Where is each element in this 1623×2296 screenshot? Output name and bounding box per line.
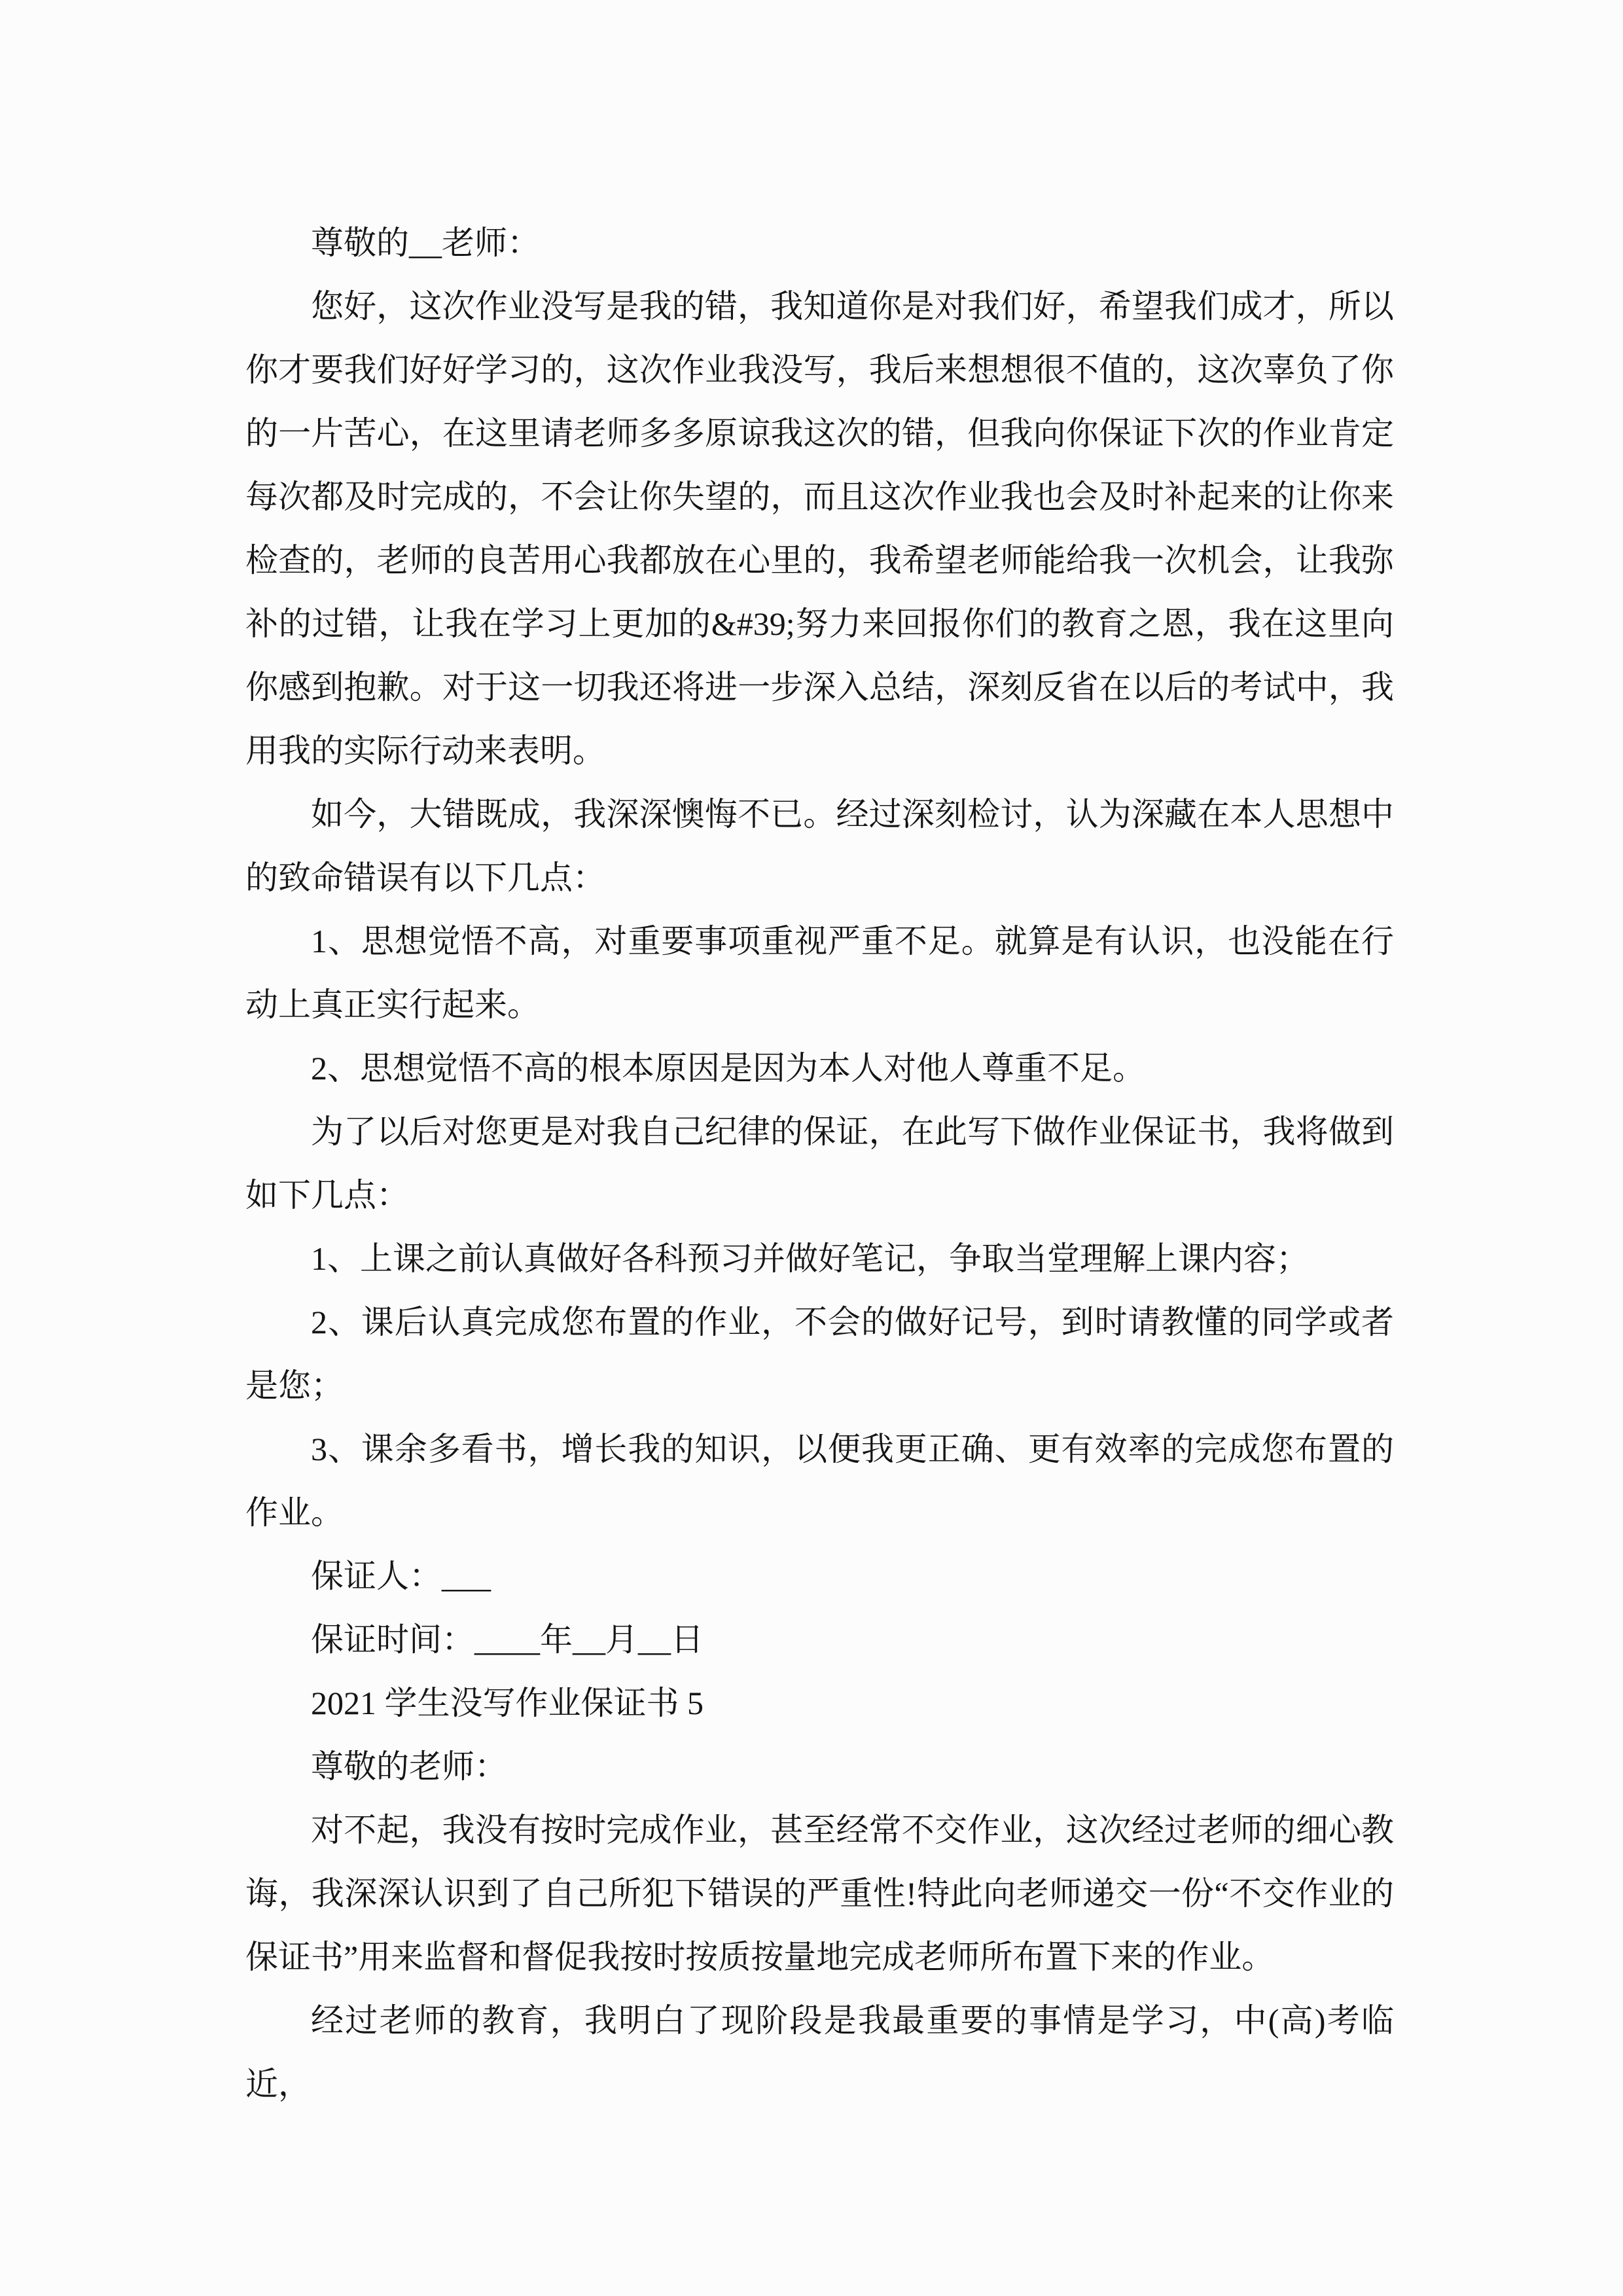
salutation-line: 尊敬的__老师： — [245, 211, 1394, 275]
signature-name-line: 保证人：___ — [245, 1545, 1394, 1608]
signature-date-line: 保证时间：____年__月__日 — [245, 1608, 1394, 1672]
body-paragraph-apology: 您好，这次作业没写是我的错，我知道你是对我们好，希望我们成才，所以你才要我们好好… — [245, 275, 1394, 783]
document-page: 尊敬的__老师： 您好，这次作业没写是我的错，我知道你是对我们好，希望我们成才，… — [0, 0, 1623, 2296]
document-text-block: 尊敬的__老师： 您好，这次作业没写是我的错，我知道你是对我们好，希望我们成才，… — [245, 211, 1394, 2116]
list-item-pledge-3: 3、课余多看书，增长我的知识，以便我更正确、更有效率的完成您布置的作业。 — [245, 1418, 1394, 1545]
body-paragraph-exam: 经过老师的教育，我明白了现阶段是我最重要的事情是学习，中(高)考临近， — [245, 1989, 1394, 2116]
body-paragraph-apology-2: 对不起，我没有按时完成作业，甚至经常不交作业，这次经过老师的细心教诲，我深深认识… — [245, 1799, 1394, 1989]
list-item-pledge-1: 1、上课之前认真做好各科预习并做好笔记，争取当堂理解上课内容； — [245, 1227, 1394, 1291]
section-title: 2021 学生没写作业保证书 5 — [245, 1672, 1394, 1735]
list-item-cause-1: 1、思想觉悟不高，对重要事项重视严重不足。就算是有认识，也没能在行动上真正实行起… — [245, 910, 1394, 1037]
body-paragraph-pledge-intro: 为了以后对您更是对我自己纪律的保证，在此写下做作业保证书，我将做到如下几点： — [245, 1100, 1394, 1227]
list-item-cause-2: 2、思想觉悟不高的根本原因是因为本人对他人尊重不足。 — [245, 1037, 1394, 1100]
salutation-line-2: 尊敬的老师： — [245, 1735, 1394, 1799]
list-item-pledge-2: 2、课后认真完成您布置的作业，不会的做好记号，到时请教懂的同学或者是您； — [245, 1291, 1394, 1418]
body-paragraph-reflection: 如今，大错既成，我深深懊悔不已。经过深刻检讨，认为深藏在本人思想中的致命错误有以… — [245, 783, 1394, 910]
